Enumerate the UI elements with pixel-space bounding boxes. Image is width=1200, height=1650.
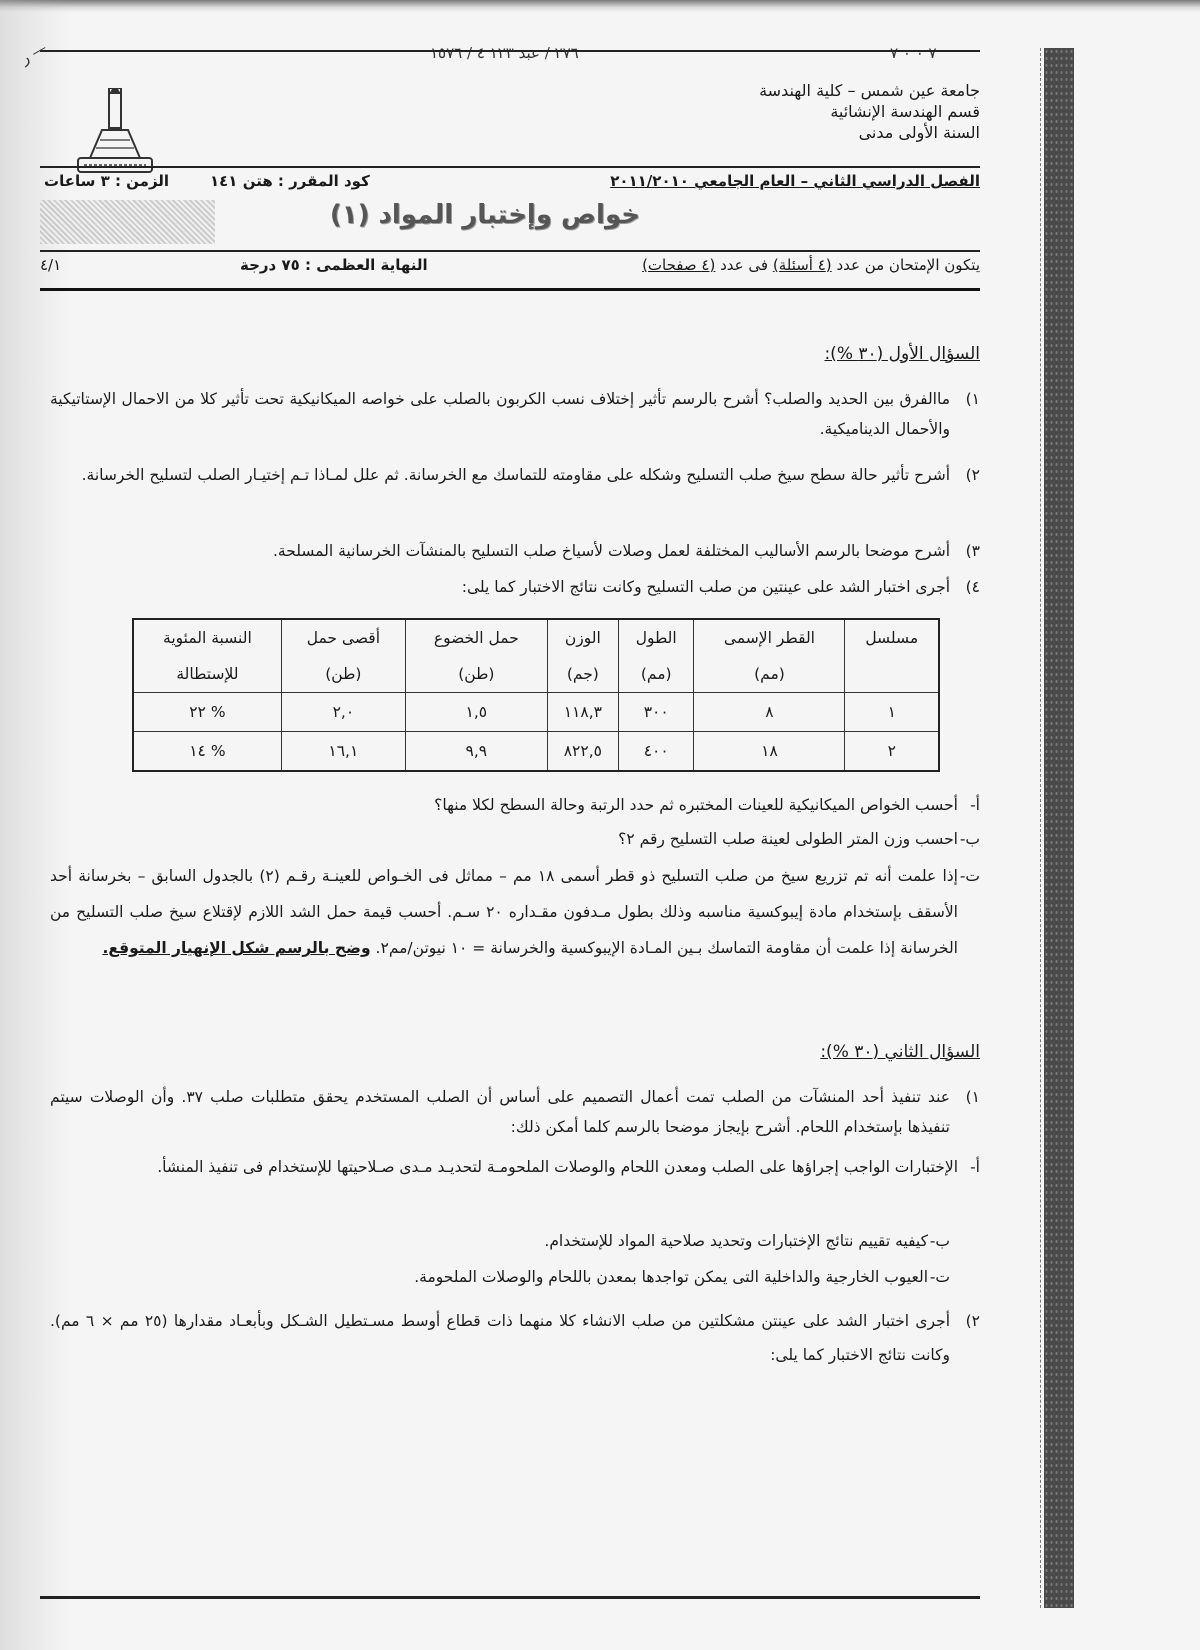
item-number: ٤) (966, 572, 980, 602)
table-row: ١ ٨ ٣٠٠ ١١٨,٣ ١,٥ ٢,٠ % ٢٢ (133, 693, 939, 732)
header-elongation: النسبة المئوية (133, 619, 281, 656)
header-nominal-diameter: القطر الإسمى (694, 619, 845, 656)
cell-yield-load: ١,٥ (405, 693, 547, 732)
institution-block: جامعة عين شمس – كلية الهندسة قسم الهندسة… (759, 80, 980, 143)
table-row: ٢ ١٨ ٤٠٠ ٨٢٢,٥ ٩,٩ ١٦,١ % ١٤ (133, 732, 939, 772)
unit-length: (مم) (618, 656, 693, 693)
exam-info-row: يتكون الإمتحان من عدد (٤ أسئلة) فى عدد (… (40, 256, 980, 280)
cell-length: ٣٠٠ (618, 693, 693, 732)
subitem-text: أحسب الخواص الميكانيكية للعينات المختبره… (80, 788, 958, 822)
item-number: ١) (966, 1082, 980, 1112)
item-text: ماالفرق بين الحديد والصلب؟ أشرح بالرسم ت… (50, 384, 950, 444)
item-number: ١) (966, 384, 980, 414)
subitem-letter: أ- (970, 1150, 980, 1184)
subitem-letter: ت- (930, 1260, 950, 1294)
subitem-text: احسب وزن المتر الطولى لعينة صلب التسليح … (80, 822, 958, 856)
q1-item-2: ٢) أشرح تأثير حالة سطح سيخ صلب التسليح و… (50, 460, 980, 490)
item-text: أجرى اختبار الشد على عينتين من صلب التسل… (50, 572, 950, 602)
page-number: ٤/١ (40, 256, 61, 274)
header-serial: مسلسل (845, 619, 939, 656)
table-header-units-row: (مم) (مم) (جم) (طن) (طن) للإستطالة (133, 656, 939, 693)
unit-nominal-diameter: (مم) (694, 656, 845, 693)
cell-yield-load: ٩,٩ (405, 732, 547, 772)
academic-year: السنة الأولى مدنى (759, 122, 980, 143)
header-length: الطول (618, 619, 693, 656)
q1-item-3: ٣) أشرح موضحا بالرسم الأساليب المختلفة ل… (50, 536, 980, 566)
scan-side-shadow (0, 0, 70, 1650)
tensile-test-results-table: مسلسل القطر الإسمى الطول الوزن حمل الخضو… (132, 618, 940, 772)
scan-edge-shadow (0, 0, 1200, 12)
q2-subitem-a: أ- الإختبارات الواجب إجراؤها على الصلب و… (70, 1150, 980, 1184)
q2-subitem-c: ت- العيوب الخارجية والداخلية التى يمكن ت… (70, 1260, 950, 1294)
header-bottom-rule (40, 288, 980, 291)
department-name: قسم الهندسة الإنشائية (759, 101, 980, 122)
subitem-text: العيوب الخارجية والداخلية التى يمكن تواج… (70, 1260, 928, 1294)
scan-noise-patch (40, 200, 215, 244)
table-header-row: مسلسل القطر الإسمى الطول الوزن حمل الخضو… (133, 619, 939, 656)
cell-diameter: ٨ (694, 693, 845, 732)
subitem-text-emphasis: وضح بالرسم شكل الإنهيار المتوقع. (102, 939, 370, 957)
header-weight: الوزن (547, 619, 618, 656)
subitem-letter: أ- (970, 788, 980, 822)
handwritten-note: ٢٧٦ / عبد ١٢٣ ٤ / ١٥٧٦ (430, 44, 579, 62)
exam-composition: يتكون الإمتحان من عدد (٤ أسئلة) فى عدد (… (642, 256, 980, 274)
handwritten-mark-right: ٧ ٠ ٠ ٧ (890, 44, 937, 62)
item-number: ٢) (966, 1304, 980, 1338)
item-text: أشرح موضحا بالرسم الأساليب المختلفة لعمل… (50, 536, 950, 566)
cell-elongation: % ٢٢ (133, 693, 281, 732)
max-marks: النهاية العظمى : ٧٥ درجة (240, 256, 428, 274)
cell-length: ٤٠٠ (618, 732, 693, 772)
cell-weight: ١١٨,٣ (547, 693, 618, 732)
header-top-rule (40, 50, 980, 52)
q1-subitem-c: ت- إذا علمت أنه تم تزريع سيخ من صلب التس… (50, 858, 980, 966)
cell-max-load: ١٦,١ (281, 732, 405, 772)
unit-yield-load: (طن) (405, 656, 547, 693)
item-number: ٣) (966, 536, 980, 566)
subitem-text: كيفيه تقييم نتائج الإختبارات وتحديد صلاح… (70, 1224, 928, 1258)
unit-weight: (جم) (547, 656, 618, 693)
q1-subitem-b: ب- احسب وزن المتر الطولى لعينة صلب التسل… (80, 822, 980, 856)
q1-item-4: ٤) أجرى اختبار الشد على عينتين من صلب ال… (50, 572, 980, 602)
header-rule-2 (40, 166, 980, 168)
header-yield-load: حمل الخضوع (405, 619, 547, 656)
cell-elongation: % ١٤ (133, 732, 281, 772)
q2-item-1: ١) عند تنفيذ أحد المنشآت من الصلب تمت أع… (50, 1082, 980, 1142)
item-text: عند تنفيذ أحد المنشآت من الصلب تمت أعمال… (50, 1082, 950, 1142)
unit-max-load: (طن) (281, 656, 405, 693)
question1-heading: السؤال الأول (٣٠ %): (824, 344, 980, 364)
header-rule-3 (40, 250, 980, 252)
cell-weight: ٨٢٢,٥ (547, 732, 618, 772)
pages-prefix: فى عدد (720, 256, 768, 274)
cell-serial: ٢ (845, 732, 939, 772)
university-logo-icon (60, 88, 170, 218)
unit-serial (845, 656, 939, 693)
exam-duration: الزمن : ٣ ساعات (44, 172, 169, 190)
unit-elongation: للإستطالة (133, 656, 281, 693)
semester-info: الفصل الدراسي الثاني – العام الجامعي ٢٠١… (610, 172, 980, 190)
question2-heading: السؤال الثاني (٣٠ %): (820, 1042, 980, 1062)
item-text: أجرى اختبار الشد على عينتن مشكلتين من صل… (50, 1304, 950, 1372)
page-count: (٤ صفحات) (642, 256, 715, 274)
item-text: أشرح تأثير حالة سطح سيخ صلب التسليح وشكل… (50, 460, 950, 490)
subitem-letter: ب- (930, 1224, 950, 1258)
scan-binding-bar (1044, 48, 1074, 1608)
subitem-text-wrap: إذا علمت أنه تم تزريع سيخ من صلب التسليح… (50, 858, 958, 966)
exam-title: خواص وإختبار المواد (١) (330, 200, 640, 230)
cell-diameter: ١٨ (694, 732, 845, 772)
course-meta-row: الفصل الدراسي الثاني – العام الجامعي ٢٠١… (40, 172, 980, 196)
item-number: ٢) (966, 460, 980, 490)
binding-edge-dots (1040, 48, 1043, 1608)
subitem-letter: ت- (960, 858, 980, 894)
q1-subitem-a: أ- أحسب الخواص الميكانيكية للعينات المخت… (80, 788, 980, 822)
q2-item-2: ٢) أجرى اختبار الشد على عينتن مشكلتين من… (50, 1304, 980, 1372)
composition-prefix: يتكون الإمتحان من عدد (836, 256, 980, 274)
header-max-load: أقصى حمل (281, 619, 405, 656)
course-code: كود المقرر : هتن ١٤١ (210, 172, 370, 190)
cell-max-load: ٢,٠ (281, 693, 405, 732)
subitem-text: الإختبارات الواجب إجراؤها على الصلب ومعد… (70, 1150, 958, 1184)
q1-item-1: ١) ماالفرق بين الحديد والصلب؟ أشرح بالرس… (50, 384, 980, 444)
university-name: جامعة عين شمس – كلية الهندسة (759, 80, 980, 101)
question-count: (٤ أسئلة) (773, 256, 832, 274)
page-bottom-rule (40, 1596, 980, 1599)
cell-serial: ١ (845, 693, 939, 732)
q2-subitem-b: ب- كيفيه تقييم نتائج الإختبارات وتحديد ص… (70, 1224, 950, 1258)
subitem-letter: ب- (960, 822, 980, 856)
